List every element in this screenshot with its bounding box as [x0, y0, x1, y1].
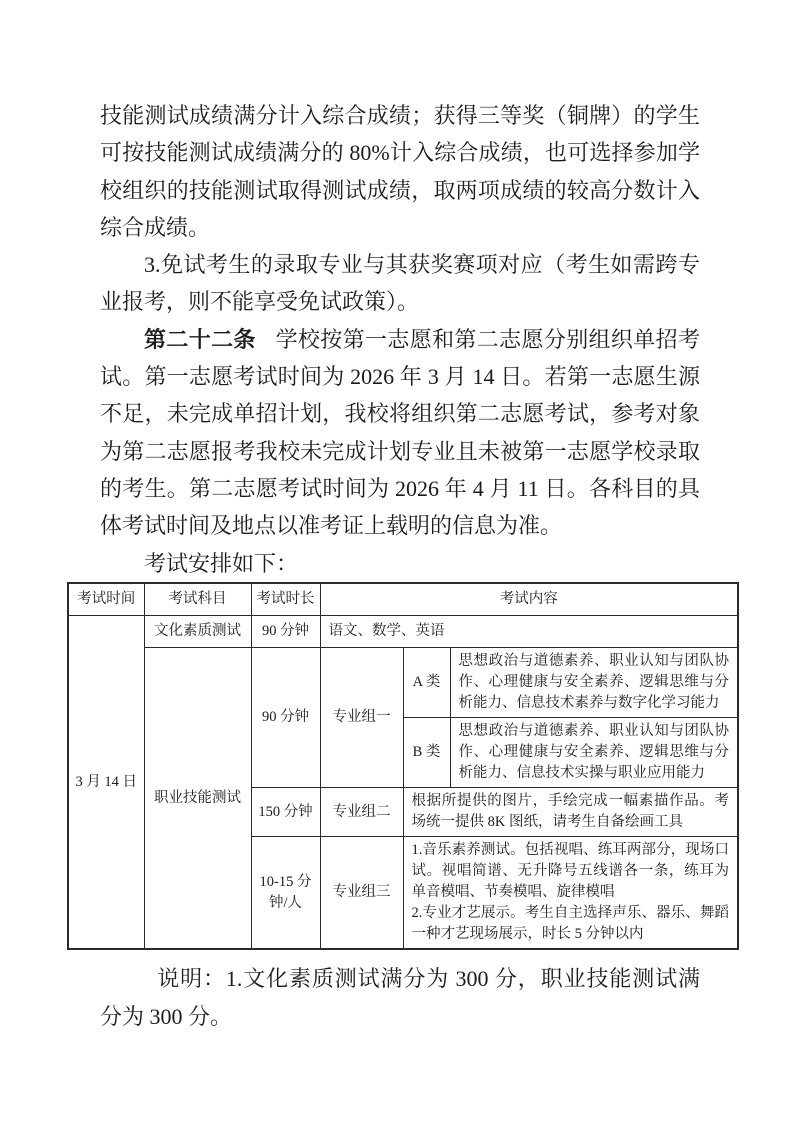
header-exam-duration: 考试时长 — [251, 583, 320, 616]
article-22-number: 第二十二条 — [144, 327, 256, 352]
cell-class-a-label: A 类 — [403, 648, 450, 718]
header-exam-time: 考试时间 — [68, 583, 144, 616]
cell-group1-name: 专业组一 — [320, 648, 403, 788]
group3-content-line2: 2.专业才艺展示。考生自主选择声乐、器乐、舞蹈一种才艺现场展示，时长 5 分钟以… — [412, 903, 730, 945]
header-exam-content: 考试内容 — [320, 583, 738, 616]
cell-group2-name: 专业组二 — [320, 788, 403, 837]
cell-group3-name: 专业组三 — [320, 837, 403, 950]
cell-class-b-content: 思想政治与道德素养、职业认知与团队协作、心理健康与安全素养、逻辑思维与分析能力、… — [450, 718, 738, 788]
row-culture-test: 3 月 14 日 文化素质测试 90 分钟 语文、数学、英语 — [68, 616, 738, 648]
document-body: 技能测试成绩满分计入综合成绩；获得三等奖（铜牌）的学生可按技能测试成绩满分的 8… — [0, 0, 800, 582]
header-exam-subject: 考试科目 — [144, 583, 251, 616]
article-22-text: 学校按第一志愿和第二志愿分别组织单招考试。第一志愿考试时间为 2026 年 3 … — [100, 327, 700, 538]
table-note: 说明：1.文化素质测试满分为 300 分，职业技能测试满分为 300 分。 — [100, 960, 700, 1035]
cell-group1-duration: 90 分钟 — [251, 648, 320, 788]
cell-group3-duration: 10-15 分钟/人 — [251, 837, 320, 950]
cell-exam-date: 3 月 14 日 — [68, 616, 144, 950]
document-page: 技能测试成绩满分计入综合成绩；获得三等奖（铜牌）的学生可按技能测试成绩满分的 8… — [0, 0, 800, 1132]
group3-content-line1: 1.音乐素养测试。包括视唱、练耳两部分，现场口试。视唱简谱、无升降号五线谱各一条… — [412, 840, 730, 903]
paragraph-exemption-item3: 3.免试考生的录取专业与其获奖赛项对应（考生如需跨专业报考，则不能享受免试政策）… — [100, 246, 700, 321]
row-group1-class-a: 职业技能测试 90 分钟 专业组一 A 类 思想政治与道德素养、职业认知与团队协… — [68, 648, 738, 718]
cell-culture-content: 语文、数学、英语 — [320, 616, 738, 648]
cell-culture-subject: 文化素质测试 — [144, 616, 251, 648]
cell-skill-subject: 职业技能测试 — [144, 648, 251, 950]
paragraph-article-22: 第二十二条学校按第一志愿和第二志愿分别组织单招考试。第一志愿考试时间为 2026… — [100, 321, 700, 545]
cell-class-a-content: 思想政治与道德素养、职业认知与团队协作、心理健康与安全素养、逻辑思维与分析能力、… — [450, 648, 738, 718]
paragraph-table-intro: 考试安排如下： — [100, 545, 700, 582]
cell-group2-content: 根据所提供的图片，手绘完成一幅素描作品。考场统一提供 8K 图纸，请考生自备绘画… — [403, 788, 738, 837]
table-header-row: 考试时间 考试科目 考试时长 考试内容 — [68, 583, 738, 616]
exam-schedule-table: 考试时间 考试科目 考试时长 考试内容 3 月 14 日 文化素质测试 90 分… — [67, 582, 739, 951]
cell-class-b-label: B 类 — [403, 718, 450, 788]
paragraph-skill-score-continuation: 技能测试成绩满分计入综合成绩；获得三等奖（铜牌）的学生可按技能测试成绩满分的 8… — [100, 97, 700, 246]
cell-group3-content: 1.音乐素养测试。包括视唱、练耳两部分，现场口试。视唱简谱、无升降号五线谱各一条… — [403, 837, 738, 950]
cell-group2-duration: 150 分钟 — [251, 788, 320, 837]
cell-culture-duration: 90 分钟 — [251, 616, 320, 648]
